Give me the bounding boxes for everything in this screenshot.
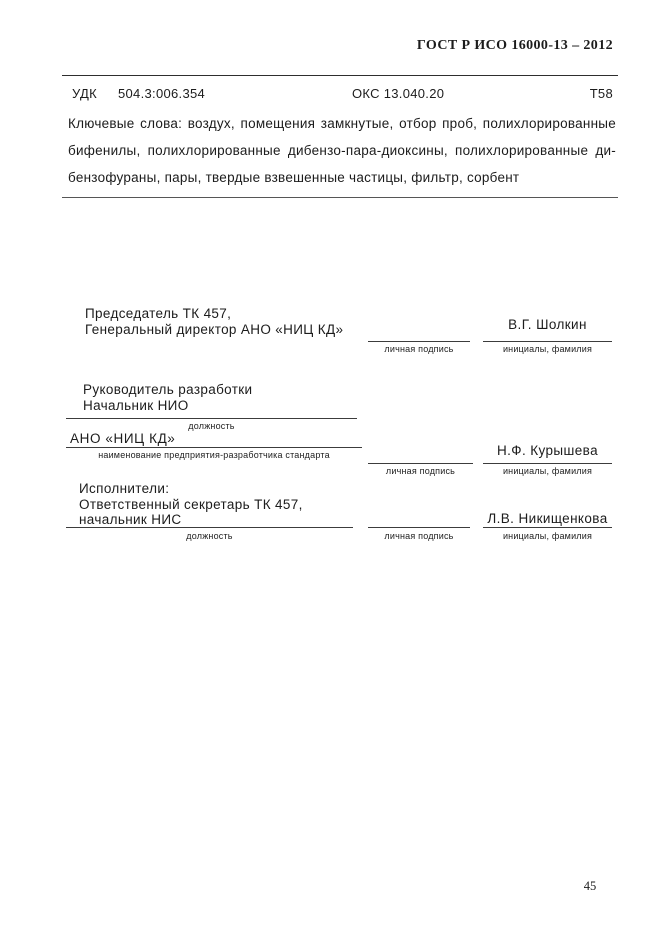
developer-org-caption: наименование предприятия-разработчика ст…: [66, 450, 362, 460]
signatory-role-chairman: Председатель ТК 457, Генеральный директо…: [85, 306, 343, 337]
personal-signature-caption: личная подпись: [368, 344, 470, 354]
oks-code: ОКС 13.040.20: [352, 86, 444, 101]
header-rule: [62, 75, 618, 76]
category-code: Т58: [590, 86, 613, 101]
initials-surname-caption: инициалы, фамилия: [483, 531, 612, 541]
keywords-paragraph: Ключевые слова: воздух, помещения замкну…: [68, 110, 616, 191]
initials-surname-line: [483, 463, 612, 464]
signatory-role-dev-lead: Руководитель разработки Начальник НИО: [83, 382, 252, 413]
keywords-line: бензофураны, пары, твердые взвешенные ча…: [68, 164, 616, 191]
personal-signature-line: [368, 463, 473, 464]
initials-surname-line: [483, 527, 612, 528]
role-line: Ответственный секретарь ТК 457,: [79, 497, 303, 513]
signatory-name-sholkin: В.Г. Шолкин: [483, 317, 612, 332]
role-line: Начальник НИО: [83, 398, 252, 414]
document-page: ГОСТ Р ИСО 16000-13 – 2012 УДК 504.3:006…: [0, 0, 661, 935]
section-rule: [62, 197, 618, 198]
document-title: ГОСТ Р ИСО 16000-13 – 2012: [417, 38, 613, 54]
signatory-role-executors: Исполнители: Ответственный секретарь ТК …: [79, 481, 303, 528]
keywords-line: бифенилы, полихлорированные дибензо-пара…: [68, 137, 616, 164]
udk-label: УДК: [72, 86, 97, 101]
role-line: начальник НИС: [79, 512, 303, 528]
signatory-name-kurysheva: Н.Ф. Курышева: [483, 443, 612, 458]
keywords-line: Ключевые слова: воздух, помещения замкну…: [68, 110, 616, 137]
role-line: Исполнители:: [79, 481, 303, 497]
position-caption: должность: [66, 531, 353, 541]
role-line: Генеральный директор АНО «НИЦ КД»: [85, 322, 343, 338]
personal-signature-caption: личная подпись: [368, 531, 470, 541]
udk-value: 504.3:006.354: [118, 86, 205, 101]
developer-org-line: [66, 447, 362, 448]
position-caption: должность: [66, 421, 357, 431]
page-number: 45: [578, 879, 602, 894]
position-line: [66, 418, 357, 419]
role-line: Руководитель разработки: [83, 382, 252, 398]
personal-signature-line: [368, 341, 470, 342]
role-line: Председатель ТК 457,: [85, 306, 343, 322]
signatory-name-nikishchenkova: Л.В. Никищенкова: [483, 511, 612, 526]
initials-surname-line: [483, 341, 612, 342]
initials-surname-caption: инициалы, фамилия: [483, 466, 612, 476]
initials-surname-caption: инициалы, фамилия: [483, 344, 612, 354]
personal-signature-line: [368, 527, 470, 528]
position-line: [66, 527, 353, 528]
personal-signature-caption: личная подпись: [368, 466, 473, 476]
developer-org-name: АНО «НИЦ КД»: [70, 431, 175, 446]
